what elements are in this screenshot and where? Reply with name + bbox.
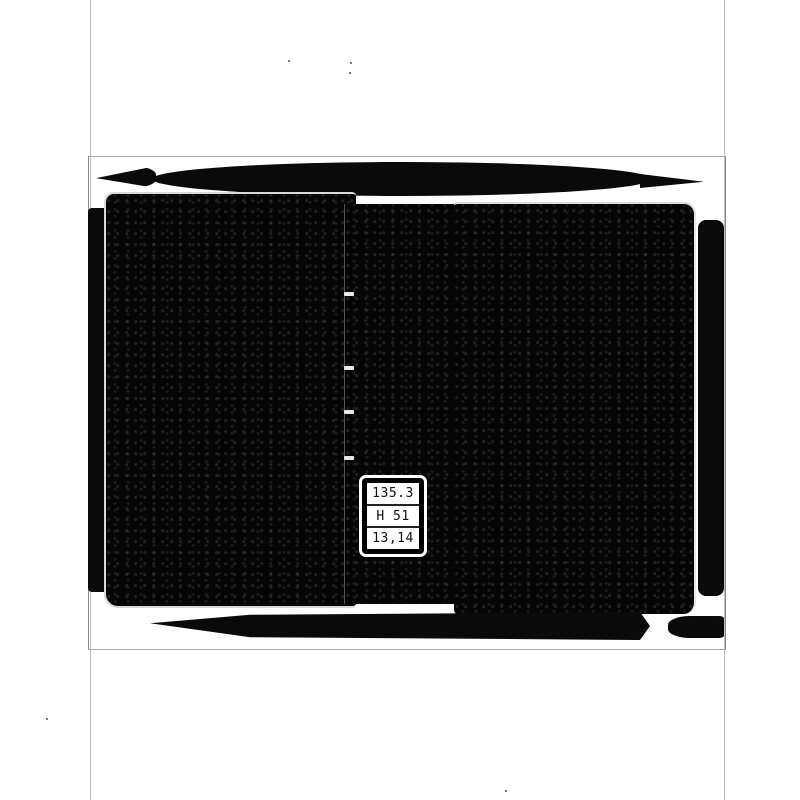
spine-band: [344, 410, 354, 414]
dust-speck: [350, 62, 352, 64]
front-cover: [104, 192, 356, 608]
dust-speck: [288, 60, 290, 62]
dust-speck: [505, 790, 507, 792]
bottom-clamp-right: [668, 616, 724, 638]
call-number-label: 135.3 H 51 13,14: [359, 475, 427, 557]
call-number-class: 135.3: [367, 483, 419, 506]
spine-band: [344, 292, 354, 296]
top-clamp: [152, 162, 652, 196]
dust-speck: [46, 718, 48, 720]
right-edge-shadow: [698, 220, 724, 596]
back-cover: [454, 202, 696, 614]
spine-band: [344, 456, 354, 460]
call-number-volume: 13,14: [367, 528, 419, 549]
call-number-cutter: H 51: [367, 506, 419, 529]
dust-speck: [349, 72, 351, 74]
spine-band: [344, 366, 354, 370]
